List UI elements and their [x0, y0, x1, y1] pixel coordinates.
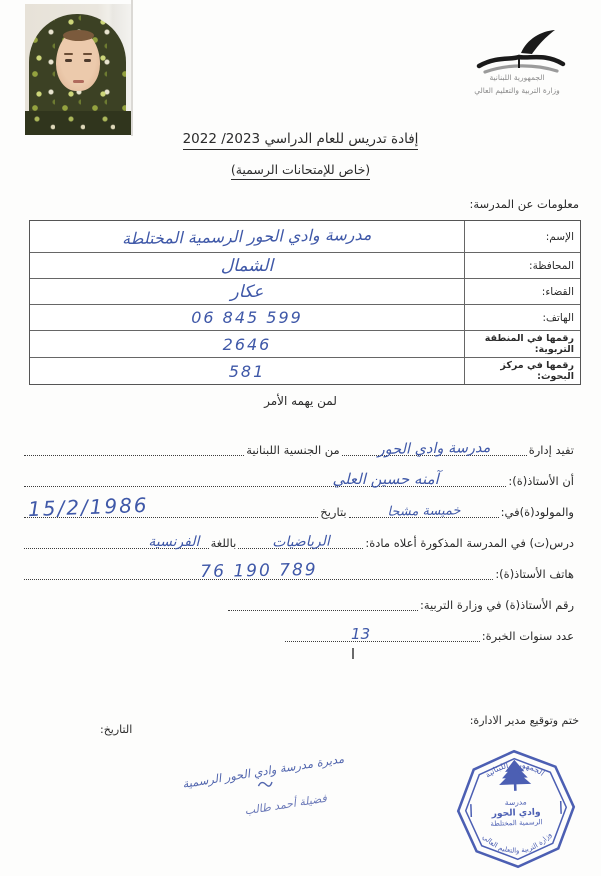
handwritten-research-number: 581	[229, 362, 266, 381]
svg-text:وزارة التربية والتعليم العالي: وزارة التربية والتعليم العالي	[481, 831, 554, 856]
table-row: رقمها في مركز البحوث: 581	[30, 357, 580, 384]
hair-shape	[63, 30, 94, 41]
row-value: 06 845 599	[30, 308, 464, 327]
date-label: التاريخ:	[100, 723, 132, 736]
row-label: المحافظة:	[464, 253, 580, 278]
dotted-field	[24, 441, 244, 456]
dotted-field: آمنه حسين العلي	[24, 472, 506, 487]
handwritten-teacher-name: آمنه حسين العلي	[332, 470, 438, 488]
dotted-field	[228, 596, 418, 611]
eyebrow-right	[83, 53, 92, 55]
row-value: عكار	[30, 282, 464, 302]
handwritten-birthdate: 15/2/1986	[28, 493, 149, 521]
stamp-center-line1: مدرسة	[505, 797, 527, 807]
document-page: الجمهورية اللبنانية وزارة التربية والتعل…	[0, 0, 601, 876]
dotted-field: الفرنسية	[24, 534, 209, 549]
scan-artifact-line	[131, 0, 133, 136]
row-value: مدرسة وادي الحور الرسمية المختلطة	[30, 227, 464, 246]
signature-name: فضيلة أحمد طالب	[183, 782, 388, 827]
row-label: الهاتف:	[464, 305, 580, 330]
row-label: رقمها في مركز البحوث:	[464, 358, 580, 384]
table-row: الإسم: مدرسة وادي الحور الرسمية المختلطة	[30, 221, 580, 252]
school-info-table: الإسم: مدرسة وادي الحور الرسمية المختلطة…	[29, 220, 581, 385]
dotted-field: 76 190 789	[24, 565, 493, 580]
handwritten-governorate: الشمال	[221, 256, 273, 276]
handwritten-district: عكار	[231, 282, 264, 302]
handwritten-years: 13	[351, 625, 370, 643]
school-year: 2022 /2023	[183, 131, 261, 147]
certificate-subtitle: (خاص للإمتحانات الرسمية)	[0, 162, 601, 177]
body-line-experience: عدد سنوات الخبرة: 13	[22, 614, 574, 645]
handwritten-school: مدرسة وادي الحور	[378, 440, 491, 458]
row-value: 2646	[30, 335, 464, 354]
stamp-center-line3: الرسمية المختلطة	[490, 818, 542, 828]
handwritten-birthplace: خميسة مشحا	[387, 503, 460, 519]
table-row: المحافظة: الشمال	[30, 252, 580, 278]
dotted-field: خميسة مشحا	[349, 503, 499, 518]
body-line-subject: درس(ت) في المدرسة المذكورة أعلاه مادة: ا…	[22, 521, 574, 552]
body-line-ministry-number: رقم الأستاذ(ة) في وزارة التربية:	[22, 583, 574, 614]
handwritten-school-phone: 06 845 599	[191, 308, 303, 327]
certificate-title: إفادة تدريس للعام الدراسي 2022 /2023	[0, 131, 601, 147]
body-line-teacher-phone: هاتف الأستاذ(ة): 76 190 789	[22, 552, 574, 583]
director-signature: مديرة مدرسة وادي الحور الرسمية فضيلة أحم…	[144, 746, 389, 833]
ministry-logo-icon	[471, 28, 571, 74]
stray-pen-mark	[352, 648, 354, 659]
eye-right	[84, 59, 91, 62]
stamp-signature-label: ختم وتوقيع مدير الادارة:	[470, 714, 579, 727]
body-line-teacher-name: أن الأستاذ(ة): آمنه حسين العلي	[22, 459, 574, 490]
republic-name: الجمهورية اللبنانية	[447, 72, 587, 85]
teacher-photo	[25, 4, 132, 135]
handwritten-subject: الرياضيات	[272, 533, 330, 550]
row-label: الإسم:	[464, 221, 580, 252]
row-label: القضاء:	[464, 279, 580, 304]
eyebrow-left	[64, 53, 73, 55]
official-stamp: الجمهورية اللبنانية وزارة التربية والتعل…	[453, 742, 579, 876]
ministry-title: وزارة التربية والتعليم العالي	[447, 85, 587, 98]
row-value: 581	[30, 362, 464, 381]
row-label: رقمها في المنطقة التربوية:	[464, 331, 580, 357]
stamp-arc-bottom-text: وزارة التربية والتعليم العالي	[481, 831, 554, 856]
table-row: رقمها في المنطقة التربوية: 2646	[30, 330, 580, 357]
body-line-administration: تفيد إدارة مدرسة وادي الحور من الجنسية ا…	[22, 428, 574, 459]
dotted-field: 15/2/1986	[24, 503, 318, 518]
dotted-field: الرياضيات	[238, 534, 363, 549]
row-value: الشمال	[30, 256, 464, 276]
dotted-field: 13	[285, 627, 480, 642]
handwritten-school-name: مدرسة وادي الحور الرسمية المختلطة	[122, 225, 372, 248]
mouth	[73, 80, 84, 83]
handwritten-teacher-phone: 76 190 789	[200, 560, 318, 582]
table-row: الهاتف: 06 845 599	[30, 304, 580, 330]
handwritten-language: الفرنسية	[148, 534, 199, 550]
table-row: القضاء: عكار	[30, 278, 580, 304]
handwritten-region-number: 2646	[223, 335, 272, 354]
ministry-name: الجمهورية اللبنانية وزارة التربية والتعل…	[447, 72, 587, 98]
body-line-birth: والمولود(ة)في: خميسة مشحا بتاريخ 15/2/19…	[22, 490, 574, 521]
school-info-heading: معلومات عن المدرسة:	[470, 197, 580, 211]
certificate-body: تفيد إدارة مدرسة وادي الحور من الجنسية ا…	[22, 428, 574, 645]
eye-left	[65, 59, 72, 62]
signature-scribble	[255, 778, 276, 791]
dotted-field: مدرسة وادي الحور	[342, 441, 527, 456]
to-whom-heading: لمن يهمه الأمر	[0, 394, 601, 408]
